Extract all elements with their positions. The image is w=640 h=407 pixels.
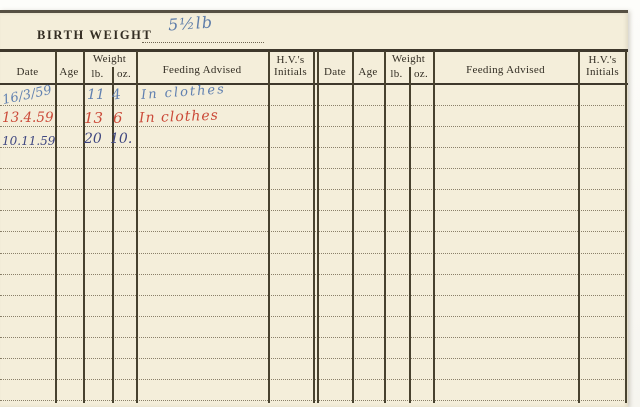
header-age-left: Age: [55, 66, 83, 78]
header-lb-right: lb.: [384, 68, 409, 80]
entry-weight-lb: 20: [84, 131, 102, 147]
column-divider: [136, 51, 138, 403]
table-right-border: [625, 51, 627, 403]
header-feeding-advised-left: Feeding Advised: [136, 64, 268, 76]
column-divider: [409, 67, 411, 403]
entry-weight-lb: 11: [87, 87, 105, 103]
entry-date: 10.11.59: [2, 134, 55, 148]
header-hv-initials-left: H.V.'sInitials: [268, 54, 313, 78]
column-divider: [268, 51, 270, 403]
column-divider: [578, 51, 580, 403]
header-feeding-advised-right: Feeding Advised: [433, 64, 578, 76]
birth-weight-value-handwritten: 5½lb: [167, 12, 213, 34]
header-date-left: Date: [0, 66, 55, 78]
record-card: BIRTH WEIGHT 5½lb Date Age Weight lb. oz…: [0, 10, 628, 407]
entry-weight-oz: 10.: [110, 131, 132, 147]
header-age-right: Age: [352, 66, 384, 78]
entry-weight-oz: 4: [111, 86, 122, 103]
scan-background: BIRTH WEIGHT 5½lb Date Age Weight lb. oz…: [0, 0, 640, 407]
header-weight-left: Weight: [83, 53, 136, 65]
header-weight-right: Weight: [384, 53, 433, 65]
center-divider: [313, 51, 315, 403]
header-hv-line1: H.V.'s: [276, 54, 304, 66]
column-divider: [433, 51, 435, 403]
entry-feeding: In clothes: [139, 108, 219, 127]
header-lb-left: lb.: [83, 68, 112, 80]
birth-weight-label: BIRTH WEIGHT: [37, 28, 152, 43]
header-hv-initials-right: H.V.'sInitials: [578, 54, 627, 78]
column-divider: [55, 51, 57, 403]
entry-date: 13.4.59: [2, 110, 54, 126]
column-divider: [83, 51, 85, 403]
entry-weight-lb: 13: [84, 109, 103, 127]
column-divider: [384, 51, 386, 403]
header-hv-line2: Initials: [274, 66, 307, 78]
header-date-right: Date: [318, 66, 352, 78]
header-hv-line1: H.V.'s: [588, 54, 616, 66]
column-divider: [352, 51, 354, 403]
center-divider: [317, 51, 319, 403]
header-oz-right: oz.: [409, 68, 433, 80]
header-oz-left: oz.: [112, 68, 136, 80]
entry-weight-oz: 6: [113, 109, 123, 127]
header-hv-line2: Initials: [586, 66, 619, 78]
